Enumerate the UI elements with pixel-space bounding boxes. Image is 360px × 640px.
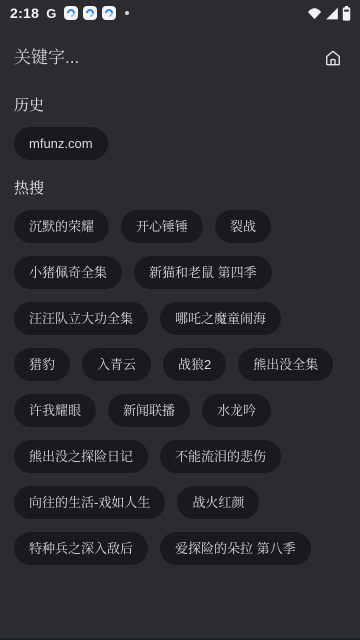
hot-chip[interactable]: 爱探险的朵拉 第八季 bbox=[160, 532, 311, 565]
hot-chip[interactable]: 水龙吟 bbox=[202, 394, 271, 427]
status-bar: 2:18 G bbox=[0, 0, 360, 26]
more-notifications-dot-icon bbox=[125, 11, 129, 15]
hot-chip[interactable]: 熊出没之探险日记 bbox=[14, 440, 148, 473]
hot-chip-row: 猎豹入青云战狼2熊出没全集 bbox=[14, 348, 346, 381]
blue-swirl-icon bbox=[104, 7, 115, 18]
hot-chip[interactable]: 入青云 bbox=[82, 348, 151, 381]
hot-chip[interactable]: 哪吒之魔童闹海 bbox=[160, 302, 281, 335]
hot-chip-row: 熊出没之探险日记不能流泪的悲伤 bbox=[14, 440, 346, 473]
hot-chip[interactable]: 不能流泪的悲伤 bbox=[160, 440, 281, 473]
hot-chip-row: 汪汪队立大功全集哪吒之魔童闹海 bbox=[14, 302, 346, 335]
hot-chip[interactable]: 开心锤锤 bbox=[121, 210, 203, 243]
browser-app-notification-icon bbox=[83, 6, 97, 20]
content: 历史 mfunz.com 热搜 沉默的荣耀开心锤锤裂战小猪佩奇全集新猫和老鼠 第… bbox=[0, 94, 360, 565]
hot-chip-row: 许我耀眼新闻联播水龙吟 bbox=[14, 394, 346, 427]
wifi-icon bbox=[307, 7, 322, 20]
signal-icon bbox=[325, 7, 339, 20]
hot-chip[interactable]: 沉默的荣耀 bbox=[14, 210, 109, 243]
history-chip[interactable]: mfunz.com bbox=[14, 127, 108, 160]
hot-chip-row: 沉默的荣耀开心锤锤裂战 bbox=[14, 210, 346, 243]
blue-swirl-icon bbox=[66, 7, 77, 18]
hot-chip[interactable]: 向往的生活-戏如人生 bbox=[14, 486, 165, 519]
hot-chip[interactable]: 战狼2 bbox=[163, 348, 226, 381]
hot-chip[interactable]: 熊出没全集 bbox=[238, 348, 333, 381]
g-notification-icon: G bbox=[46, 6, 56, 21]
status-right-icons bbox=[307, 6, 351, 21]
hot-chip[interactable]: 汪汪队立大功全集 bbox=[14, 302, 148, 335]
hot-chip[interactable]: 小猪佩奇全集 bbox=[14, 256, 122, 289]
history-chip-list: mfunz.com bbox=[14, 127, 346, 160]
hot-chip[interactable]: 特种兵之深入敌后 bbox=[14, 532, 148, 565]
clock: 2:18 bbox=[10, 5, 39, 21]
search-input[interactable] bbox=[14, 48, 320, 68]
browser-app-notification-icon bbox=[64, 6, 78, 20]
search-bar bbox=[0, 39, 360, 77]
hot-chip[interactable]: 战火红颜 bbox=[177, 486, 259, 519]
hot-chip[interactable]: 新猫和老鼠 第四季 bbox=[134, 256, 272, 289]
browser-app-notification-icon bbox=[102, 6, 116, 20]
hot-chip-row: 特种兵之深入敌后爱探险的朵拉 第八季 bbox=[14, 532, 346, 565]
history-section-title: 历史 bbox=[14, 94, 346, 115]
home-icon bbox=[323, 48, 343, 68]
hot-chip[interactable]: 裂战 bbox=[215, 210, 271, 243]
hot-chip-row: 小猪佩奇全集新猫和老鼠 第四季 bbox=[14, 256, 346, 289]
home-button[interactable] bbox=[320, 45, 346, 71]
hot-chip[interactable]: 许我耀眼 bbox=[14, 394, 96, 427]
battery-icon bbox=[342, 6, 351, 21]
hot-section-title: 热搜 bbox=[14, 177, 346, 198]
hot-chip[interactable]: 新闻联播 bbox=[108, 394, 190, 427]
hot-chip[interactable]: 猎豹 bbox=[14, 348, 70, 381]
hot-chip-list: 沉默的荣耀开心锤锤裂战小猪佩奇全集新猫和老鼠 第四季汪汪队立大功全集哪吒之魔童闹… bbox=[14, 210, 346, 565]
hot-chip-row: 向往的生活-戏如人生战火红颜 bbox=[14, 486, 346, 519]
blue-swirl-icon bbox=[85, 7, 96, 18]
